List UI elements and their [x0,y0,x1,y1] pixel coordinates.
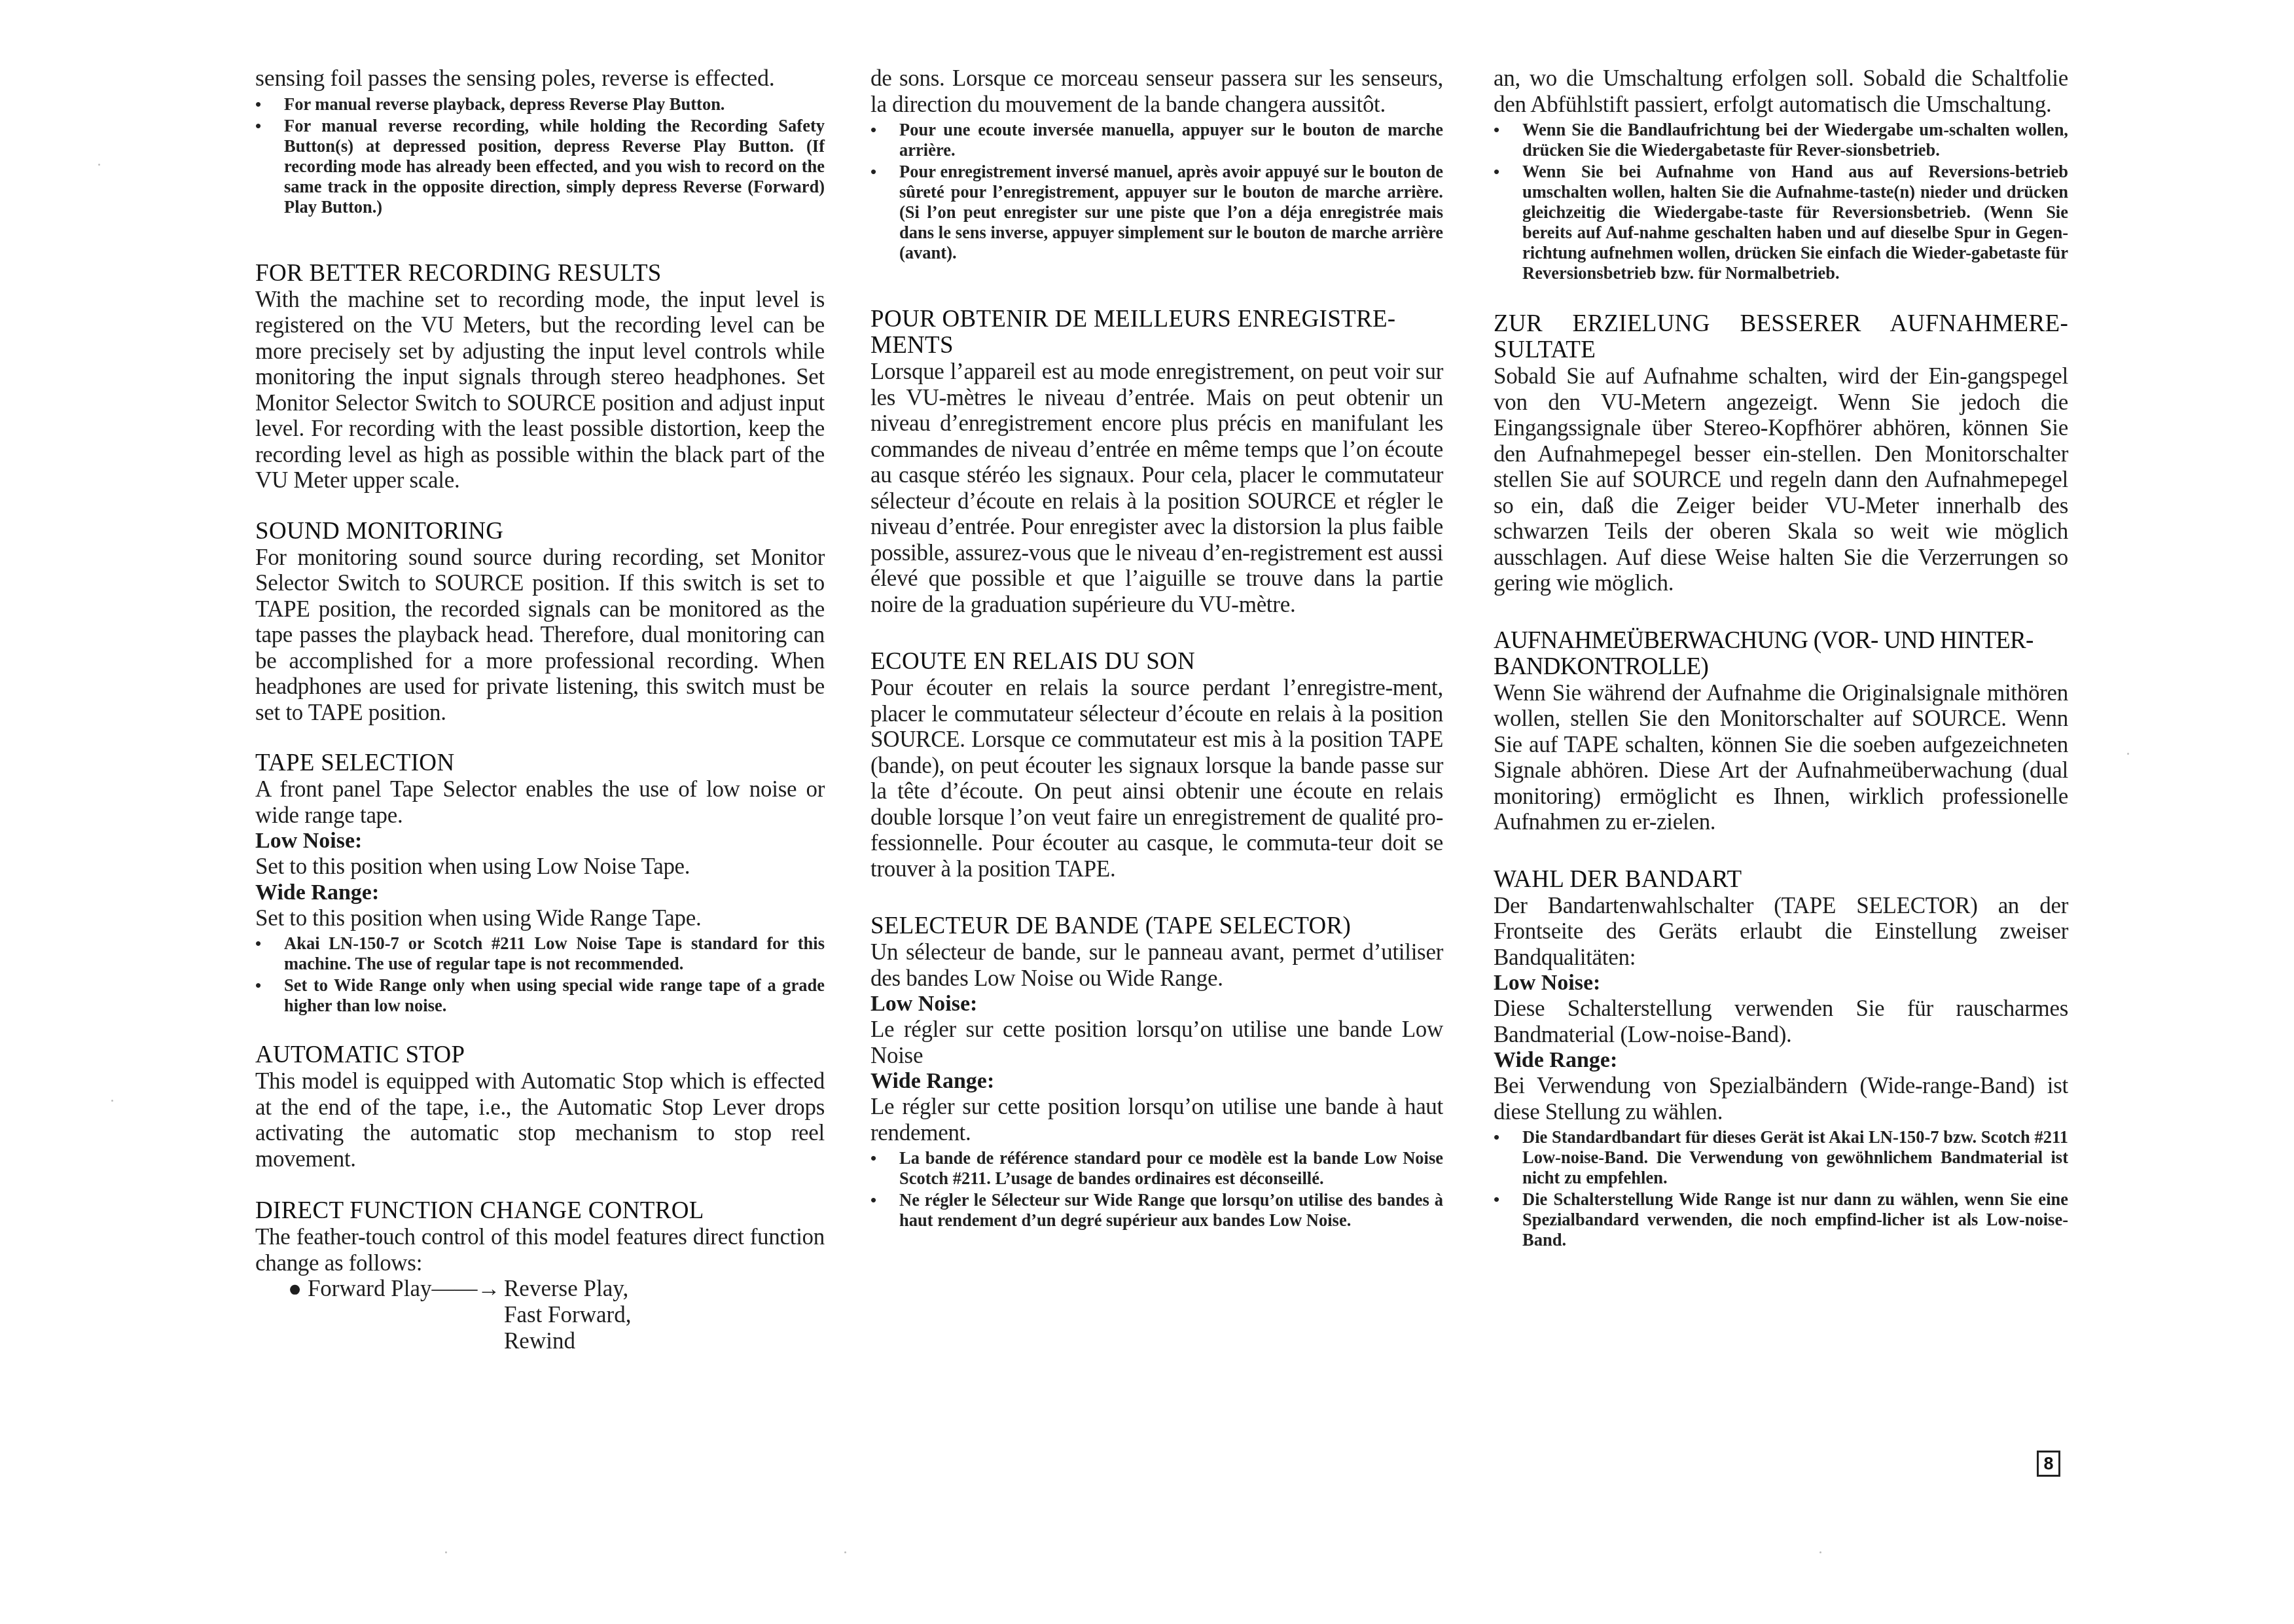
french-intro: de sons. Lorsque ce morceau senseur pass… [870,65,1443,117]
wide-range-text: Set to this position when using Wide Ran… [255,905,825,931]
scan-speck [98,164,100,166]
column-english: sensing foil passes the sensing poles, r… [255,65,825,1354]
wide-range-label: Wide Range: [1494,1047,2068,1073]
wide-range-label: Wide Range: [255,880,825,905]
low-noise-text: Le régler sur cette position lorsqu’on u… [870,1017,1443,1068]
section-heading: POUR OBTENIR DE MEILLEURS ENREGISTRE-MEN… [870,306,1443,359]
flow-from: ● Forward Play——→ [288,1276,504,1354]
note-item: For manual reverse playback, depress Rev… [255,94,825,115]
note-item: Ne régler le Sélecteur sur Wide Range qu… [870,1190,1443,1231]
section-better-recording-fr: POUR OBTENIR DE MEILLEURS ENREGISTRE-MEN… [870,306,1443,617]
note-item: Set to Wide Range only when using specia… [255,975,825,1016]
note-item: For manual reverse recording, while hold… [255,116,825,217]
low-noise-label: Low Noise: [1494,970,2068,996]
section-body: With the machine set to recording mode, … [255,287,825,494]
section-body: For monitoring sound source during recor… [255,545,825,726]
section-heading: TAPE SELECTION [255,750,825,776]
english-intro-notes: For manual reverse playback, depress Rev… [255,94,825,217]
note-item: Pour une ecoute inversée manuella, appuy… [870,120,1443,160]
function-change-diagram: ● Forward Play——→ Reverse Play, Fast For… [288,1276,825,1354]
flow-from-label: ● Forward Play [288,1276,431,1301]
section-sound-monitoring-fr: ECOUTE EN RELAIS DU SON Pour écouter en … [870,649,1443,882]
note-item: Die Standardbandart für dieses Gerät ist… [1494,1127,2068,1188]
section-heading: DIRECT FUNCTION CHANGE CONTROL [255,1198,825,1224]
english-intro: sensing foil passes the sensing poles, r… [255,65,825,92]
note-item: Die Schalterstellung Wide Range ist nur … [1494,1189,2068,1250]
wide-range-label: Wide Range: [870,1068,1443,1094]
scan-speck [844,1551,846,1553]
note-item: Akai LN-150-7 or Scotch #211 Low Noise T… [255,933,825,974]
section-body: Un sélecteur de bande, sur le panneau av… [870,939,1443,991]
section-heading: ECOUTE EN RELAIS DU SON [870,649,1443,675]
wide-range-text: Le régler sur cette position lorsqu’on u… [870,1094,1443,1146]
section-sound-monitoring-de: AUFNAHMEÜBERWACHUNG (VOR- UND HINTER-BAN… [1494,628,2068,835]
section-tape-selection-de: WAHL DER BANDART Der Bandartenwahlschalt… [1494,867,2068,1251]
section-better-recording-de: ZUR ERZIELUNG BESSERER AUFNAHMERE-SULTAT… [1494,311,2068,596]
section-tape-selection-en: TAPE SELECTION A front panel Tape Select… [255,750,825,1016]
section-body: The feather-touch control of this model … [255,1224,825,1276]
french-intro-notes: Pour une ecoute inversée manuella, appuy… [870,120,1443,263]
section-direct-function-en: DIRECT FUNCTION CHANGE CONTROL The feath… [255,1198,825,1354]
section-body: Lorsque l’appareil est au mode enregistr… [870,359,1443,617]
scan-speck [111,1100,113,1102]
column-german: an, wo die Umschaltung erfolgen soll. So… [1494,65,2068,1252]
flow-target: Reverse Play, [504,1276,631,1302]
arrow-right-icon: ——→ [431,1276,500,1302]
note-item: Pour enregistrement inversé manuel, aprè… [870,162,1443,263]
section-body: Sobald Sie auf Aufnahme schalten, wird d… [1494,363,2068,596]
section-heading: WAHL DER BANDART [1494,867,2068,893]
section-body: Wenn Sie während der Aufnahme die Origin… [1494,680,2068,835]
tape-notes: La bande de référence standard pour ce m… [870,1148,1443,1231]
section-sound-monitoring-en: SOUND MONITORING For monitoring sound so… [255,518,825,726]
section-heading: FOR BETTER RECORDING RESULTS [255,261,825,287]
page-number: 8 [2037,1451,2060,1477]
scan-speck [1819,1551,1821,1553]
note-item: Wenn Sie bei Aufnahme von Hand aus auf R… [1494,162,2068,283]
wide-range-text: Bei Verwendung von Spezialbändern (Wide-… [1494,1073,2068,1125]
german-intro: an, wo die Umschaltung erfolgen soll. So… [1494,65,2068,117]
section-body: Der Bandartenwahlschalter (TAPE SELECTOR… [1494,893,2068,971]
section-heading: ZUR ERZIELUNG BESSERER AUFNAHMERE-SULTAT… [1494,311,2068,363]
flow-target: Fast Forward, [504,1302,631,1328]
section-heading: SOUND MONITORING [255,518,825,545]
column-french: de sons. Lorsque ce morceau senseur pass… [870,65,1443,1232]
section-body: A front panel Tape Selector enables the … [255,776,825,828]
tape-notes: Die Standardbandart für dieses Gerät ist… [1494,1127,2068,1250]
flow-targets: Reverse Play, Fast Forward, Rewind [504,1276,631,1354]
low-noise-text: Set to this position when using Low Nois… [255,854,825,880]
low-noise-label: Low Noise: [870,991,1443,1017]
note-item: La bande de référence standard pour ce m… [870,1148,1443,1189]
low-noise-text: Diese Schalterstellung verwenden Sie für… [1494,996,2068,1047]
scan-speck [2127,753,2129,755]
section-automatic-stop-en: AUTOMATIC STOP This model is equipped wi… [255,1042,825,1172]
section-heading: SELECTEUR DE BANDE (TAPE SELECTOR) [870,913,1443,939]
low-noise-label: Low Noise: [255,828,825,854]
flow-target: Rewind [504,1328,631,1354]
note-item: Wenn Sie die Bandlaufrichtung bei der Wi… [1494,120,2068,160]
section-better-recording-en: FOR BETTER RECORDING RESULTS With the ma… [255,261,825,494]
section-heading: AUFNAHMEÜBERWACHUNG (VOR- UND HINTER-BAN… [1494,628,2068,680]
section-tape-selection-fr: SELECTEUR DE BANDE (TAPE SELECTOR) Un sé… [870,913,1443,1231]
section-body: This model is equipped with Automatic St… [255,1068,825,1172]
section-body: Pour écouter en relais la source perdant… [870,675,1443,882]
tape-notes: Akai LN-150-7 or Scotch #211 Low Noise T… [255,933,825,1016]
section-heading: AUTOMATIC STOP [255,1042,825,1068]
german-intro-notes: Wenn Sie die Bandlaufrichtung bei der Wi… [1494,120,2068,283]
scan-speck [445,1551,447,1553]
